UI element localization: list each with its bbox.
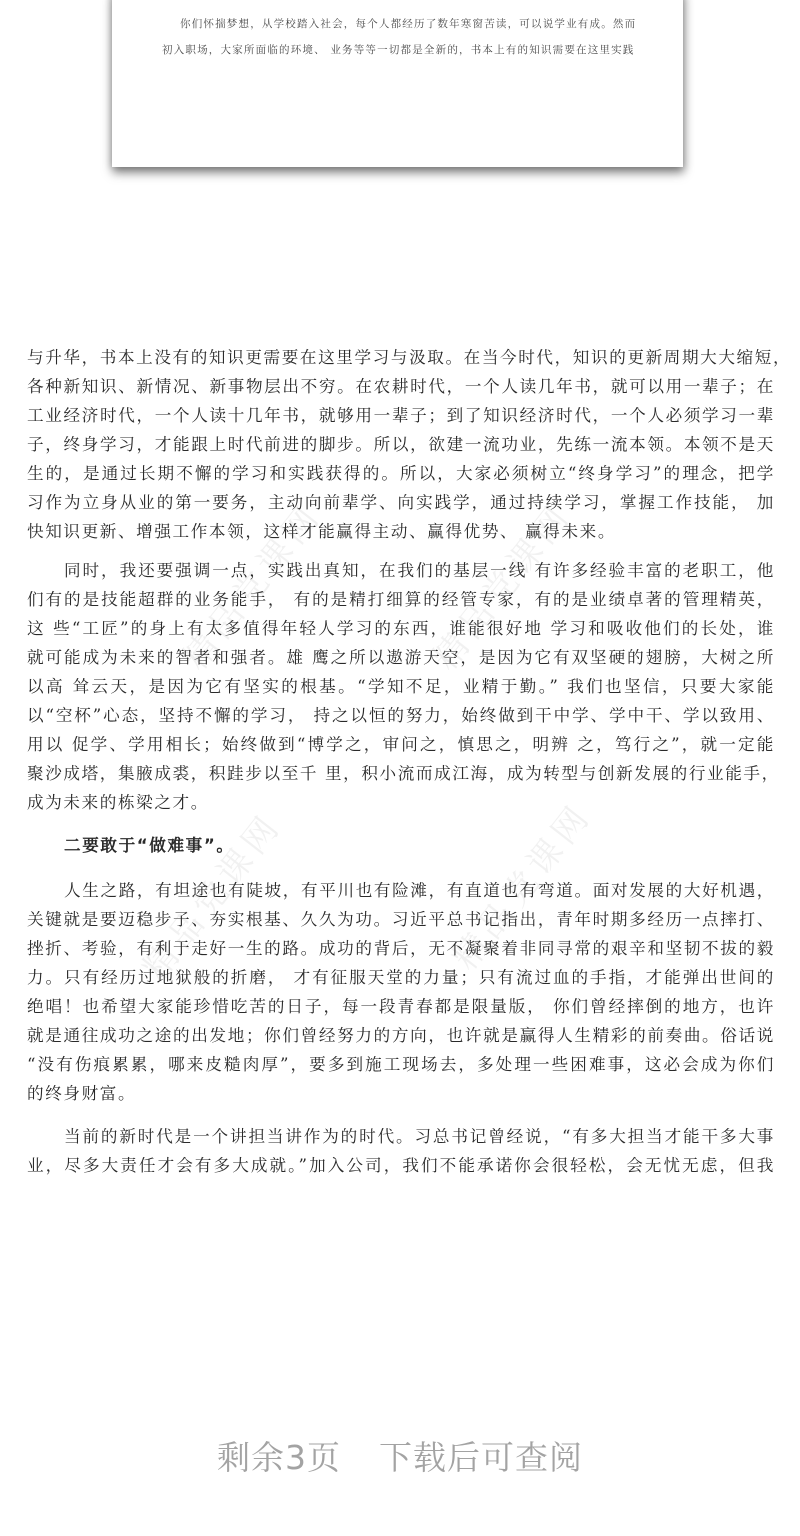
text-line: 各种新知识、新情况、新事物层出不穷。在农耕时代，一个人读几年书，就可以用一辈子；…: [27, 372, 775, 401]
text-line: 这 些“工匠”的身上有太多值得年轻人学习的东西，谁能很好地 学习和吸收他们的长处…: [27, 614, 775, 643]
text-line: 挫折、考验，有利于走好一生的路。成功的背后，无不凝聚着非同寻常的艰辛和坚韧不拔的…: [27, 934, 775, 963]
paragraph-lifelong-learning: 与升华，书本上没有的知识更需要在这里学习与汲取。在当今时代，知识的更新周期大大缩…: [27, 343, 775, 546]
text-line: 绝唱！也希望大家能珍惜吃苦的日子，每一段青春都是限量版， 你们曾经摔倒的地方，也…: [27, 992, 775, 1021]
text-line: 人生之路，有坦途也有陡坡，有平川也有险滩，有直道也有弯道。面对发展的大好机遇，: [27, 876, 775, 905]
download-hint-label: 下载后可查阅: [379, 1432, 583, 1479]
text-line: “没有伤痕累累，哪来皮糙肉厚”，要多到施工现场去，多处理一些困难事，这必会成为你…: [27, 1050, 775, 1079]
text-line: 当前的新时代是一个讲担当讲作为的时代。习总书记曾经说，“有多大担当才能干多大事: [27, 1122, 775, 1151]
paragraph-responsibility: 当前的新时代是一个讲担当讲作为的时代。习总书记曾经说，“有多大担当才能干多大事 …: [27, 1122, 775, 1180]
document-body: 与升华，书本上没有的知识更需要在这里学习与汲取。在当今时代，知识的更新周期大大缩…: [27, 343, 775, 1188]
text-line: 以高 耸云天，是因为它有坚实的根基。“学知不足，业精于勤。” 我们也坚信，只要大…: [27, 672, 775, 701]
text-line: 就可能成为未来的智者和强者。雄 鹰之所以遨游天空，是因为它有双坚硬的翅膀，大树之…: [27, 643, 775, 672]
text-line: 们有的是技能超群的业务能手， 有的是精打细算的经管专家，有的是业绩卓著的管理精英…: [27, 585, 775, 614]
text-line: 聚沙成塔，集腋成裘，积跬步以至千 里，积小流而成江海，成为转型与创新发展的行业能…: [27, 759, 775, 788]
previous-page-preview: 你们怀揣梦想，从学校踏入社会，每个人都经历了数年寒窗苦读，可以说学业有成。然而 …: [112, 0, 683, 167]
text-line: 的终身财富。: [27, 1079, 775, 1108]
text-line: 力。只有经历过地狱般的折磨， 才有征服天堂的力量；只有流过血的手指，才能弹出世间…: [27, 963, 775, 992]
download-to-read-more[interactable]: 剩余3页下载后可查阅: [0, 1432, 800, 1479]
remaining-pages-label: 剩余3页: [217, 1432, 341, 1479]
paragraph-hard-things: 人生之路，有坦途也有陡坡，有平川也有险滩，有直道也有弯道。面对发展的大好机遇， …: [27, 876, 775, 1108]
text-line: 成为未来的栋梁之才。: [27, 788, 775, 817]
paragraph-practice: 同时，我还要强调一点，实践出真知，在我们的基层一线 有许多经验丰富的老职工，他 …: [27, 556, 775, 817]
preview-line-2: 初入职场，大家所面临的环境、 业务等等一切都是全新的，书本上有的知识需要在这里实…: [162, 42, 635, 57]
text-line: 业，尽多大责任才会有多大成就。”加入公司，我们不能承诺你会很轻松，会无忧无虑，但…: [27, 1151, 775, 1180]
text-line: 子，终身学习，才能跟上时代前进的脚步。所以，欲建一流功业，先练一流本领。本领不是…: [27, 430, 775, 459]
text-line: 快知识更新、增强工作本领，这样才能赢得主动、赢得优势、 赢得未来。: [27, 517, 775, 546]
text-line: 习作为立身从业的第一要务，主动向前辈学、向实践学，通过持续学习，掌握工作技能， …: [27, 488, 775, 517]
section-heading: 二要敢于“做难事”。: [27, 831, 775, 860]
text-line: 与升华，书本上没有的知识更需要在这里学习与汲取。在当今时代，知识的更新周期大大缩…: [27, 343, 775, 372]
text-line: 用以 促学、学用相长；始终做到“博学之，审问之，慎思之，明辨 之，笃行之”，就一…: [27, 730, 775, 759]
text-line: 工业经济时代，一个人读十几年书，就够用一辈子；到了知识经济时代，一个人必须学习一…: [27, 401, 775, 430]
text-line: 以“空杯”心态，坚持不懈的学习， 持之以恒的努力，始终做到干中学、学中干、学以致…: [27, 701, 775, 730]
preview-line-1: 你们怀揣梦想，从学校踏入社会，每个人都经历了数年寒窗苦读，可以说学业有成。然而: [180, 16, 636, 31]
text-line: 关键就是要迈稳步子、夯实根基、久久为功。习近平总书记指出，青年时期多经历一点摔打…: [27, 905, 775, 934]
text-line: 就是通往成功之途的出发地；你们曾经努力的方向，也许就是赢得人生精彩的前奏曲。俗话…: [27, 1021, 775, 1050]
text-line: 生的，是通过长期不懈的学习和实践获得的。所以，大家必须树立“终身学习”的理念，把…: [27, 459, 775, 488]
text-line: 同时，我还要强调一点，实践出真知，在我们的基层一线 有许多经验丰富的老职工，他: [27, 556, 775, 585]
